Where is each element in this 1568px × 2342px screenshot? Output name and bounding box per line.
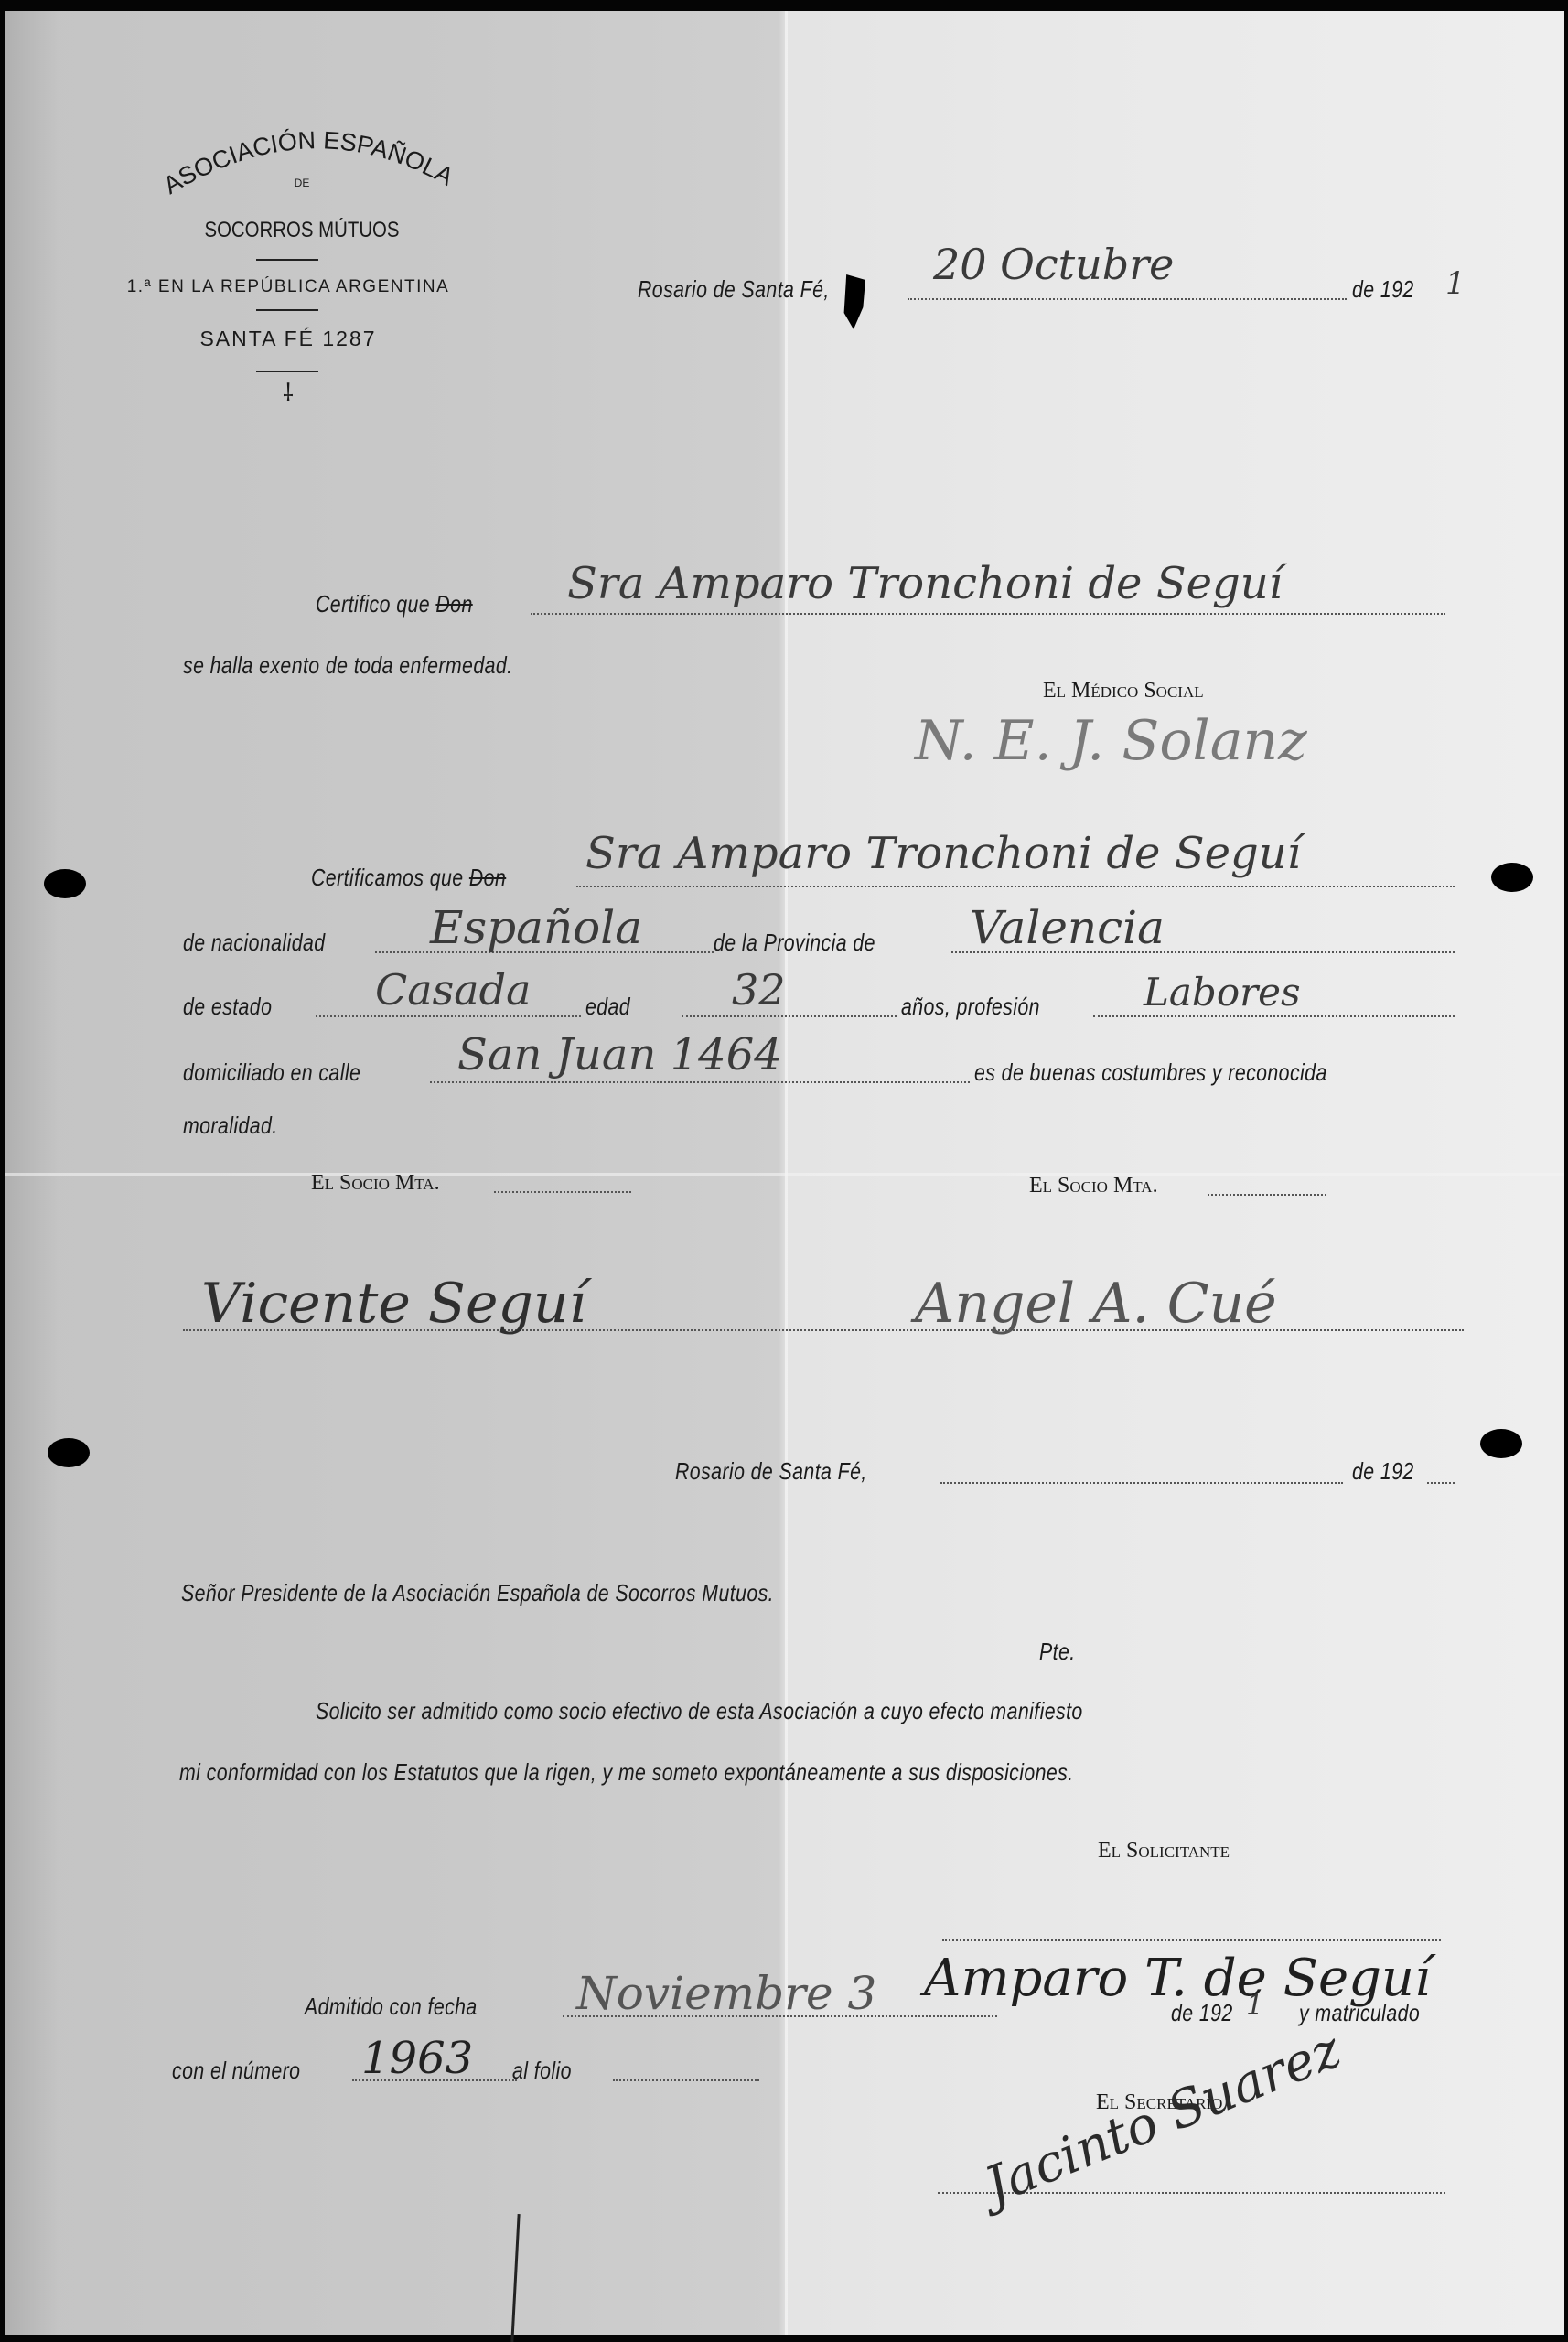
profession-line xyxy=(1093,1015,1455,1017)
pte: Pte. xyxy=(1039,1638,1076,1666)
top-date-year-prefix: de 192 xyxy=(1352,275,1414,304)
sponsor-left-signature: Vicente Seguí xyxy=(201,1272,586,1336)
age-label: edad xyxy=(585,993,630,1021)
applicant-signer-title: El Solicitante xyxy=(1098,1839,1230,1864)
nationality-handwritten: Española xyxy=(430,901,642,954)
member-cert-tail: es de buenas costumbres y reconocida xyxy=(974,1058,1327,1087)
divider xyxy=(256,259,318,261)
letterhead-address: SANTA FÉ 1287 xyxy=(137,327,439,351)
sponsor-right-signature: Angel A. Cué xyxy=(915,1272,1277,1336)
application-line-1: Solicito ser admitido como socio efectiv… xyxy=(316,1697,1083,1725)
punch-hole xyxy=(1491,863,1533,892)
member-cert-tail2: moralidad. xyxy=(183,1112,278,1140)
civil-status-handwritten: Casada xyxy=(375,965,532,1015)
application-line-2: mi conformidad con los Estatutos que la … xyxy=(179,1758,1074,1787)
years-profession-label: años, profesión xyxy=(901,993,1040,1021)
medical-signer-title: El Médico Social xyxy=(1043,679,1204,704)
age-handwritten: 32 xyxy=(732,965,786,1015)
arc-title: ASOCIACIÓN ESPAÑOLA xyxy=(137,110,467,220)
folio-label: al folio xyxy=(512,2057,572,2085)
nationality-label: de nacionalidad xyxy=(183,929,326,957)
top-date-line xyxy=(908,298,1347,300)
number-handwritten: 1963 xyxy=(361,2033,473,2084)
divider xyxy=(256,309,318,311)
admission-label: Admitido con fecha xyxy=(305,1993,478,2021)
province-label: de la Provincia de xyxy=(714,929,875,957)
profession-handwritten: Labores xyxy=(1144,970,1301,1015)
addressee: Señor Presidente de la Asociación Españo… xyxy=(181,1579,774,1607)
horizontal-fold xyxy=(5,1173,1564,1176)
address-label: domiciliado en calle xyxy=(183,1058,360,1087)
address-line xyxy=(430,1081,970,1083)
sponsor-right-title-line xyxy=(1208,1194,1326,1196)
civil-status-line xyxy=(316,1015,581,1017)
number-label: con el número xyxy=(172,2057,300,2085)
punch-hole xyxy=(1480,1429,1522,1458)
civil-status-label: de estado xyxy=(183,993,272,1021)
struck-don: Don xyxy=(435,590,472,618)
address-handwritten: San Juan 1464 xyxy=(457,1029,782,1080)
medical-label: Certifico que Don xyxy=(316,590,473,618)
medical-name-line xyxy=(531,613,1445,615)
admission-year-suffix: 1 xyxy=(1246,1990,1263,2022)
struck-don: Don xyxy=(469,864,506,891)
letterhead-mark: ⸸ xyxy=(265,375,311,408)
top-date-handwritten: 20 Octubre xyxy=(933,240,1174,289)
medical-name-handwritten: Sra Amparo Tronchoni de Seguí xyxy=(567,558,1283,609)
sponsor-left-title-line xyxy=(494,1191,631,1193)
letterhead-subtitle: 1.ª EN LA REPÚBLICA ARGENTINA xyxy=(87,277,489,297)
admission-year-prefix: de 192 xyxy=(1171,1999,1233,2027)
punch-hole xyxy=(48,1438,90,1467)
application-year-prefix: de 192 xyxy=(1352,1457,1414,1486)
member-name-handwritten: Sra Amparo Tronchoni de Seguí xyxy=(585,828,1301,879)
application-date-line xyxy=(940,1482,1343,1484)
member-cert-label: Certificamos que Don xyxy=(311,864,506,892)
member-name-line xyxy=(576,886,1455,887)
admission-date-handwritten: Noviembre 3 xyxy=(576,1967,876,2020)
application-place: Rosario de Santa Fé, xyxy=(675,1457,867,1486)
application-year-line xyxy=(1427,1482,1455,1484)
applicant-signature-line xyxy=(942,1939,1441,1941)
medical-signature: N. E. J. Solanz xyxy=(915,709,1307,773)
folio-line xyxy=(613,2079,759,2081)
sponsor-left-title: El Socio Mta. xyxy=(311,1171,440,1196)
medical-statement: se halla exento de toda enfermedad. xyxy=(183,651,512,680)
top-date-year-suffix: 1 xyxy=(1445,265,1466,302)
age-line xyxy=(682,1015,897,1017)
top-date-place: Rosario de Santa Fé, xyxy=(638,275,830,304)
punch-hole xyxy=(44,869,86,898)
divider xyxy=(256,371,318,372)
province-handwritten: Valencia xyxy=(970,901,1165,954)
letterhead-de: DE xyxy=(265,177,338,189)
sponsor-right-title: El Socio Mta. xyxy=(1029,1174,1158,1198)
letterhead-name: SOCORROS MÚTUOS xyxy=(186,218,419,243)
